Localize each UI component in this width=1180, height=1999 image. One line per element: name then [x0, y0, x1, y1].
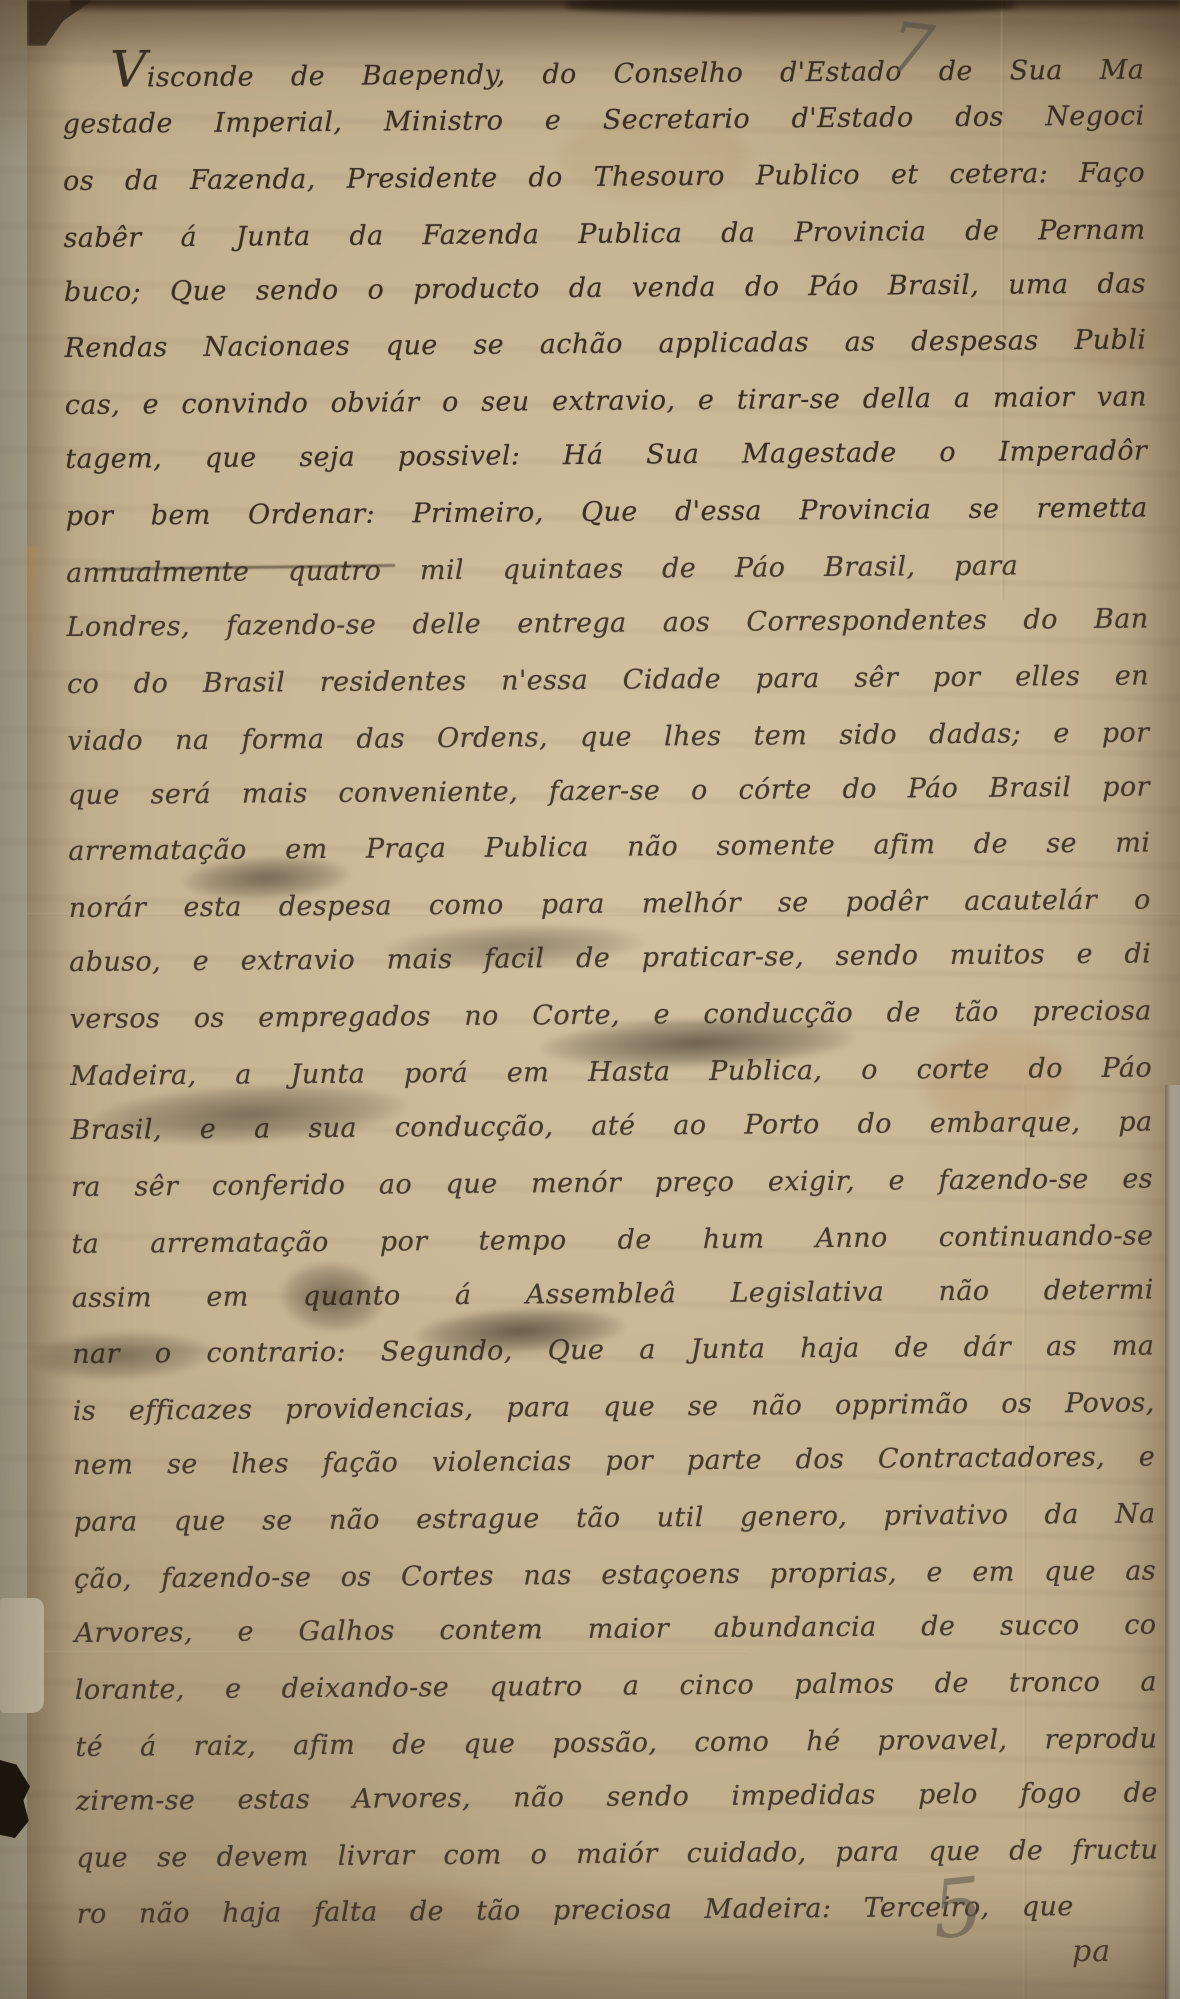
text-line: tagem, que seja possivel: Há Sua Magesta…: [65, 424, 1147, 488]
text-line: ro não haja falta de tão preciosa Madeir…: [76, 1879, 1158, 1943]
pencil-mark: 5: [927, 1860, 987, 1958]
text-line: Arvores, e Galhos contem maior abundanci…: [74, 1597, 1156, 1661]
text-line: Rendas Nacionaes que se achão applicadas…: [64, 313, 1146, 377]
text-line: nem se lhes fação violencias por parte d…: [73, 1430, 1155, 1494]
catchword: pa: [1072, 1934, 1111, 1969]
text-line: que se devem livrar com o maiór cuidado,…: [76, 1822, 1158, 1886]
text-line: ra sêr conferido ao que menór preço exig…: [71, 1151, 1153, 1215]
text-line: que será mais conveniente, fazer-se o có…: [68, 759, 1150, 823]
text-line: os da Fazenda, Presidente do Thesouro Pu…: [63, 145, 1145, 209]
text-line: Londres, fazendo-se delle entrega aos Co…: [66, 591, 1148, 655]
left-edge-light-patch: [0, 1598, 44, 1713]
text-line: por bem Ordenar: Primeiro, Que d'essa Pr…: [66, 481, 1148, 545]
right-page-edge: [1165, 1085, 1180, 1999]
left-edge-highlight: [24, 545, 38, 675]
text-line: gestade Imperial, Ministro e Secretario …: [62, 88, 1144, 152]
manuscript-scan: { "doc": { "page_number_pencil": "7", "b…: [0, 0, 1180, 1999]
manuscript-text: Visconde de Baependy, do Conselho d'Esta…: [62, 34, 1159, 1943]
top-edge-shadow-dark: [565, 0, 1015, 14]
text-line: lorante, e deixando-se quatro a cinco pa…: [75, 1654, 1157, 1718]
text-line: buco; Que sendo o producto da venda do P…: [64, 256, 1146, 320]
text-line: para que se não estrague tão util genero…: [73, 1487, 1155, 1551]
text-line: co do Brasil residentes n'essa Cidade pa…: [67, 648, 1149, 712]
text-line: zirem-se estas Arvores, não sendo impedi…: [76, 1765, 1158, 1829]
